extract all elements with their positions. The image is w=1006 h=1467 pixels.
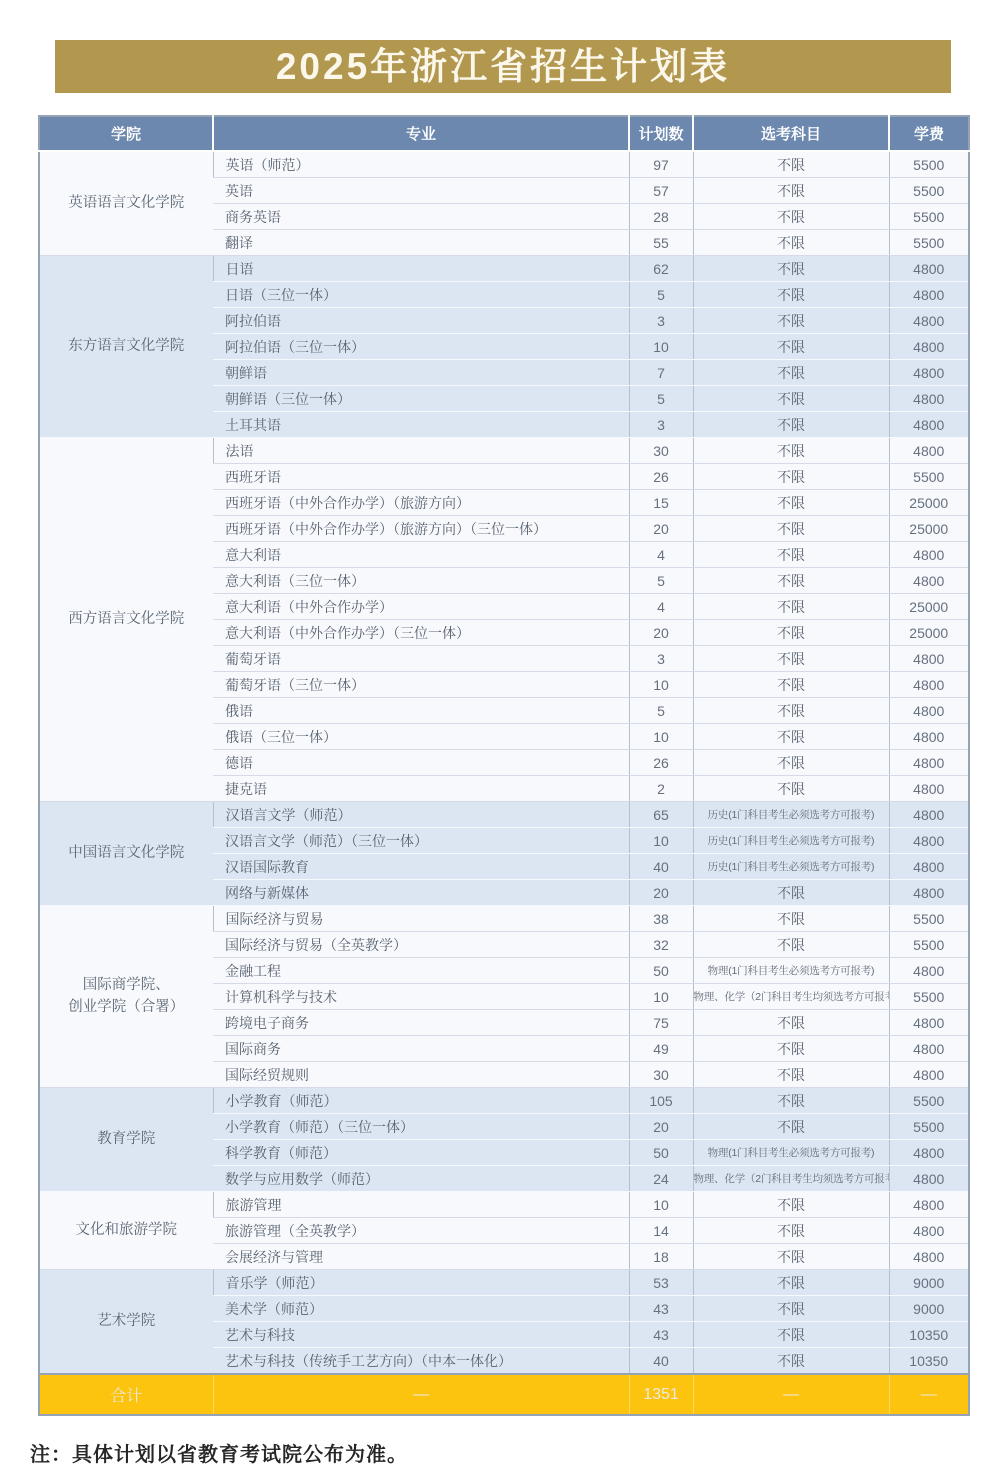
table-footer: 合计 — 1351 — — [39,1374,969,1415]
tuition-cell: 4800 [889,360,969,386]
major-cell: 西班牙语（中外合作办学）（旅游方向）（三位一体） [213,516,629,542]
subject-cell: 不限 [693,1270,889,1296]
major-cell: 小学教育（师范）（三位一体） [213,1114,629,1140]
major-cell: 旅游管理（全英教学） [213,1218,629,1244]
major-cell: 意大利语（中外合作办学）（三位一体） [213,620,629,646]
subject-cell: 不限 [693,1036,889,1062]
plan-count-cell: 57 [629,178,693,204]
plan-count-cell: 38 [629,906,693,932]
major-cell: 会展经济与管理 [213,1244,629,1270]
tuition-cell: 5500 [889,178,969,204]
plan-count-cell: 28 [629,204,693,230]
plan-count-cell: 3 [629,412,693,438]
major-cell: 汉语言文学（师范） [213,802,629,828]
subject-cell: 不限 [693,1088,889,1114]
subject-cell: 不限 [693,151,889,178]
subject-cell: 不限 [693,1322,889,1348]
tuition-cell: 9000 [889,1296,969,1322]
tuition-cell: 4800 [889,776,969,802]
plan-count-cell: 2 [629,776,693,802]
major-cell: 国际商务 [213,1036,629,1062]
tuition-cell: 25000 [889,620,969,646]
tuition-cell: 4800 [889,802,969,828]
plan-count-cell: 10 [629,672,693,698]
plan-count-cell: 14 [629,1218,693,1244]
major-cell: 葡萄牙语 [213,646,629,672]
subject-cell: 不限 [693,750,889,776]
subject-cell: 不限 [693,776,889,802]
major-cell: 法语 [213,438,629,464]
subject-cell: 不限 [693,178,889,204]
major-cell: 朝鲜语 [213,360,629,386]
plan-count-cell: 5 [629,386,693,412]
major-cell: 德语 [213,750,629,776]
plan-count-cell: 5 [629,698,693,724]
plan-count-cell: 5 [629,282,693,308]
major-cell: 国际经贸规则 [213,1062,629,1088]
major-cell: 日语（三位一体） [213,282,629,308]
table-row: 艺术学院音乐学（师范）53不限9000 [39,1270,969,1296]
tuition-cell: 4800 [889,750,969,776]
tuition-cell: 9000 [889,1270,969,1296]
tuition-cell: 5500 [889,204,969,230]
subject-cell: 不限 [693,1192,889,1218]
plan-count-cell: 43 [629,1296,693,1322]
subject-cell: 不限 [693,282,889,308]
col-header-subject: 选考科目 [693,116,889,151]
college-cell: 东方语言文化学院 [39,256,213,438]
tuition-cell: 4800 [889,698,969,724]
tuition-cell: 4800 [889,282,969,308]
plan-count-cell: 7 [629,360,693,386]
college-cell: 国际商学院、 创业学院（合署） [39,906,213,1088]
plan-count-cell: 75 [629,1010,693,1036]
table-body: 英语语言文化学院英语（师范）97不限5500英语57不限5500商务英语28不限… [39,151,969,1374]
subject-cell: 不限 [693,1218,889,1244]
tuition-cell: 4800 [889,334,969,360]
subject-cell: 历史(1门科目考生必须选考方可报考) [693,802,889,828]
subject-cell: 不限 [693,932,889,958]
tuition-cell: 4800 [889,308,969,334]
tuition-cell: 5500 [889,984,969,1010]
subject-cell: 不限 [693,672,889,698]
title-banner: 2025年浙江省招生计划表 [55,40,951,93]
subject-cell: 不限 [693,334,889,360]
major-cell: 俄语（三位一体） [213,724,629,750]
tuition-cell: 4800 [889,646,969,672]
table-row: 国际商学院、 创业学院（合署）国际经济与贸易38不限5500 [39,906,969,932]
tuition-cell: 4800 [889,1218,969,1244]
plan-count-cell: 105 [629,1088,693,1114]
subject-cell: 不限 [693,1114,889,1140]
major-cell: 艺术与科技 [213,1322,629,1348]
major-cell: 阿拉伯语 [213,308,629,334]
plan-count-cell: 10 [629,334,693,360]
major-cell: 意大利语 [213,542,629,568]
college-cell: 中国语言文化学院 [39,802,213,906]
major-cell: 数学与应用数学（师范） [213,1166,629,1192]
major-cell: 旅游管理 [213,1192,629,1218]
plan-count-cell: 32 [629,932,693,958]
subject-cell: 不限 [693,594,889,620]
tuition-cell: 25000 [889,490,969,516]
tuition-cell: 4800 [889,958,969,984]
plan-count-cell: 18 [629,1244,693,1270]
subject-cell: 不限 [693,204,889,230]
major-cell: 英语（师范） [213,151,629,178]
tuition-cell: 4800 [889,542,969,568]
major-cell: 科学教育（师范） [213,1140,629,1166]
tuition-cell: 5500 [889,932,969,958]
tuition-cell: 10350 [889,1348,969,1375]
subject-cell: 不限 [693,1010,889,1036]
subject-cell: 不限 [693,230,889,256]
major-cell: 俄语 [213,698,629,724]
plan-count-cell: 10 [629,1192,693,1218]
total-label: 合计 [39,1374,213,1415]
plan-count-cell: 50 [629,958,693,984]
college-cell: 西方语言文化学院 [39,438,213,802]
college-cell: 教育学院 [39,1088,213,1192]
tuition-cell: 4800 [889,1166,969,1192]
total-plan-count: 1351 [629,1374,693,1415]
major-cell: 计算机科学与技术 [213,984,629,1010]
plan-count-cell: 97 [629,151,693,178]
tuition-cell: 4800 [889,438,969,464]
subject-cell: 不限 [693,906,889,932]
subject-cell: 不限 [693,1244,889,1270]
subject-cell: 物理、化学（2门科目考生均须选考方可报考） [693,1166,889,1192]
col-header-plan: 计划数 [629,116,693,151]
subject-cell: 物理、化学（2门科目考生均须选考方可报考） [693,984,889,1010]
total-major: — [213,1374,629,1415]
major-cell: 阿拉伯语（三位一体） [213,334,629,360]
subject-cell: 不限 [693,620,889,646]
subject-cell: 物理(1门科目考生必须选考方可报考) [693,958,889,984]
table-header: 学院 专业 计划数 选考科目 学费 [39,116,969,151]
plan-count-cell: 20 [629,880,693,906]
tuition-cell: 4800 [889,1244,969,1270]
plan-count-cell: 49 [629,1036,693,1062]
subject-cell: 不限 [693,438,889,464]
tuition-cell: 4800 [889,828,969,854]
major-cell: 网络与新媒体 [213,880,629,906]
subject-cell: 不限 [693,256,889,282]
plan-count-cell: 62 [629,256,693,282]
major-cell: 商务英语 [213,204,629,230]
major-cell: 土耳其语 [213,412,629,438]
plan-count-cell: 4 [629,594,693,620]
subject-cell: 不限 [693,724,889,750]
tuition-cell: 4800 [889,854,969,880]
subject-cell: 历史(1门科目考生必须选考方可报考) [693,828,889,854]
tuition-cell: 25000 [889,516,969,542]
major-cell: 音乐学（师范） [213,1270,629,1296]
tuition-cell: 4800 [889,672,969,698]
total-subject: — [693,1374,889,1415]
table-row: 西方语言文化学院法语30不限4800 [39,438,969,464]
tuition-cell: 5500 [889,230,969,256]
tuition-cell: 4800 [889,412,969,438]
plan-count-cell: 26 [629,750,693,776]
college-cell: 英语语言文化学院 [39,151,213,256]
subject-cell: 不限 [693,464,889,490]
major-cell: 朝鲜语（三位一体） [213,386,629,412]
major-cell: 国际经济与贸易（全英教学） [213,932,629,958]
subject-cell: 不限 [693,308,889,334]
plan-count-cell: 4 [629,542,693,568]
table-row: 东方语言文化学院日语62不限4800 [39,256,969,282]
tuition-cell: 4800 [889,568,969,594]
tuition-cell: 4800 [889,880,969,906]
major-cell: 汉语国际教育 [213,854,629,880]
major-cell: 美术学（师范） [213,1296,629,1322]
subject-cell: 不限 [693,1296,889,1322]
plan-count-cell: 40 [629,854,693,880]
plan-count-cell: 53 [629,1270,693,1296]
admission-plan-table: 学院 专业 计划数 选考科目 学费 英语语言文化学院英语（师范）97不限5500… [38,115,970,1416]
tuition-cell: 4800 [889,1062,969,1088]
total-row: 合计 — 1351 — — [39,1374,969,1415]
plan-table-wrapper: 学院 专业 计划数 选考科目 学费 英语语言文化学院英语（师范）97不限5500… [38,115,968,1416]
plan-count-cell: 3 [629,646,693,672]
major-cell: 英语 [213,178,629,204]
subject-cell: 不限 [693,360,889,386]
subject-cell: 不限 [693,412,889,438]
major-cell: 艺术与科技（传统手工艺方向）（中本一体化） [213,1348,629,1375]
subject-cell: 不限 [693,386,889,412]
plan-count-cell: 20 [629,1114,693,1140]
subject-cell: 不限 [693,542,889,568]
tuition-cell: 4800 [889,1036,969,1062]
tuition-cell: 5500 [889,151,969,178]
tuition-cell: 5500 [889,464,969,490]
major-cell: 西班牙语（中外合作办学）（旅游方向） [213,490,629,516]
plan-count-cell: 30 [629,1062,693,1088]
college-cell: 文化和旅游学院 [39,1192,213,1270]
tuition-cell: 5500 [889,906,969,932]
major-cell: 翻译 [213,230,629,256]
major-cell: 捷克语 [213,776,629,802]
subject-cell: 不限 [693,568,889,594]
major-cell: 国际经济与贸易 [213,906,629,932]
header-row: 学院 专业 计划数 选考科目 学费 [39,116,969,151]
major-cell: 汉语言文学（师范）（三位一体） [213,828,629,854]
plan-count-cell: 50 [629,1140,693,1166]
plan-count-cell: 30 [629,438,693,464]
table-row: 教育学院小学教育（师范）105不限5500 [39,1088,969,1114]
tuition-cell: 4800 [889,724,969,750]
major-cell: 小学教育（师范） [213,1088,629,1114]
subject-cell: 不限 [693,698,889,724]
tuition-cell: 10350 [889,1322,969,1348]
plan-count-cell: 43 [629,1322,693,1348]
subject-cell: 不限 [693,1348,889,1375]
col-header-tuition: 学费 [889,116,969,151]
plan-count-cell: 3 [629,308,693,334]
tuition-cell: 5500 [889,1088,969,1114]
tuition-cell: 4800 [889,256,969,282]
plan-count-cell: 15 [629,490,693,516]
tuition-cell: 4800 [889,1192,969,1218]
major-cell: 意大利语（中外合作办学） [213,594,629,620]
major-cell: 金融工程 [213,958,629,984]
subject-cell: 不限 [693,646,889,672]
tuition-cell: 4800 [889,386,969,412]
major-cell: 意大利语（三位一体） [213,568,629,594]
tuition-cell: 4800 [889,1140,969,1166]
plan-count-cell: 24 [629,1166,693,1192]
plan-count-cell: 10 [629,984,693,1010]
tuition-cell: 4800 [889,1010,969,1036]
plan-count-cell: 20 [629,620,693,646]
subject-cell: 不限 [693,490,889,516]
subject-cell: 不限 [693,516,889,542]
plan-count-cell: 55 [629,230,693,256]
plan-count-cell: 20 [629,516,693,542]
subject-cell: 物理(1门科目考生必须选考方可报考) [693,1140,889,1166]
plan-count-cell: 10 [629,828,693,854]
subject-cell: 不限 [693,1062,889,1088]
plan-count-cell: 40 [629,1348,693,1375]
table-row: 英语语言文化学院英语（师范）97不限5500 [39,151,969,178]
footnote: 注：具体计划以省教育考试院公布为准。 [30,1438,1006,1467]
table-row: 中国语言文化学院汉语言文学（师范）65历史(1门科目考生必须选考方可报考)480… [39,802,969,828]
plan-count-cell: 10 [629,724,693,750]
tuition-cell: 5500 [889,1114,969,1140]
major-cell: 葡萄牙语（三位一体） [213,672,629,698]
total-tuition: — [889,1374,969,1415]
plan-count-cell: 26 [629,464,693,490]
college-cell: 艺术学院 [39,1270,213,1375]
table-row: 文化和旅游学院旅游管理10不限4800 [39,1192,969,1218]
col-header-college: 学院 [39,116,213,151]
page-title: 2025年浙江省招生计划表 [276,48,730,85]
major-cell: 西班牙语 [213,464,629,490]
col-header-major: 专业 [213,116,629,151]
major-cell: 跨境电子商务 [213,1010,629,1036]
subject-cell: 历史(1门科目考生必须选考方可报考) [693,854,889,880]
major-cell: 日语 [213,256,629,282]
plan-count-cell: 65 [629,802,693,828]
plan-count-cell: 5 [629,568,693,594]
subject-cell: 不限 [693,880,889,906]
tuition-cell: 25000 [889,594,969,620]
